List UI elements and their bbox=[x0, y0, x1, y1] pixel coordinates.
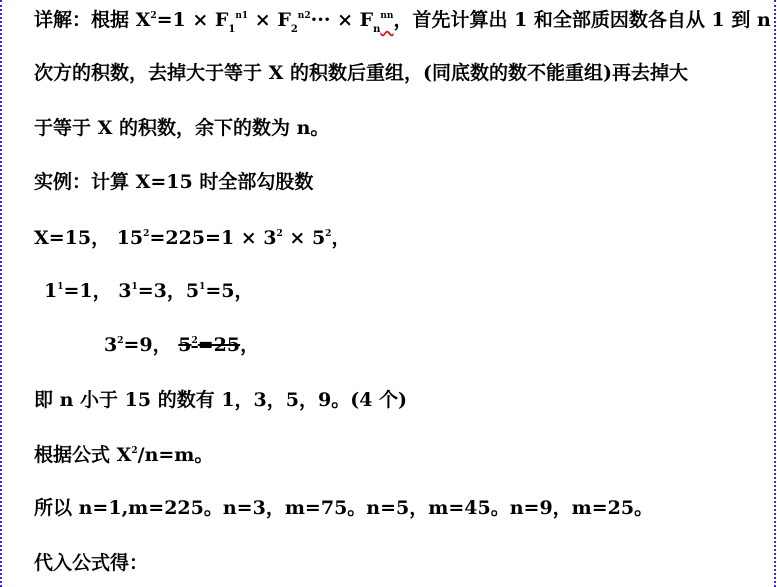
text-run: ··· × F bbox=[311, 9, 373, 31]
text-run: =5， bbox=[205, 280, 253, 302]
text-run: 实例：计算 X=15 时全部勾股数 bbox=[34, 171, 313, 193]
text-run: ， bbox=[331, 227, 350, 249]
text-run: 1 bbox=[44, 280, 57, 302]
paragraph-line-explanation-formula: 详解：根据 X2=1 × F1n1 × F2n2··· × Fnnn，首先计算出… bbox=[34, 8, 771, 32]
text-run: =9， bbox=[124, 334, 172, 356]
equation-line-powers-2: 32=9， 52=25， bbox=[104, 333, 259, 357]
text-run: 详解：根据 X bbox=[34, 9, 150, 31]
text-run: ，首先计算出 1 和全部质因数各自从 1 到 n bbox=[393, 9, 770, 31]
superscript: n1 bbox=[235, 11, 248, 21]
paragraph-line: 即 n 小于 15 的数有 1，3，5，9。(4 个) bbox=[34, 388, 407, 412]
example-heading: 实例：计算 X=15 时全部勾股数 bbox=[34, 170, 313, 194]
spellcheck-flagged-text[interactable]: nnn bbox=[373, 9, 393, 31]
text-run: × 5 bbox=[283, 227, 325, 249]
equation-line: X=15， 152=225=1 × 32 × 52， bbox=[34, 226, 350, 250]
text-run: 即 n 小于 15 的数有 1，3，5，9。(4 个) bbox=[34, 389, 407, 411]
text-run: =3，5 bbox=[138, 280, 199, 302]
subscript: 1 bbox=[228, 24, 235, 35]
text-run: × F bbox=[248, 9, 291, 31]
paragraph-line: 次方的积数，去掉大于等于 X 的积数后重组，(同底数的数不能重组)再去掉大 bbox=[34, 61, 688, 85]
text-boundary-left bbox=[0, 0, 2, 587]
text-run: =1 × F bbox=[157, 9, 229, 31]
paragraph-line: 所以 n=1,m=225。n=3，m=75。n=5，m=45。n=9，m=25。 bbox=[34, 496, 653, 520]
text-run: 根据公式 X bbox=[34, 444, 131, 466]
text-run: 3 bbox=[104, 334, 117, 356]
text-run: ， bbox=[240, 334, 259, 356]
paragraph-line: 于等于 X 的积数，余下的数为 n。 bbox=[34, 116, 329, 140]
superscript: nn bbox=[380, 11, 393, 21]
text-run: 代入公式得： bbox=[34, 552, 148, 574]
text-boundary-right bbox=[774, 0, 776, 587]
text-run: 次方的积数，去掉大于等于 X 的积数后重组，(同底数的数不能重组)再去掉大 bbox=[34, 62, 688, 84]
struck-through-text: 52=25 bbox=[178, 334, 240, 356]
subscript: n bbox=[373, 24, 380, 35]
equation-line-powers-1: 11=1， 31=3，51=5， bbox=[44, 279, 254, 303]
subscript: 2 bbox=[291, 24, 298, 35]
paragraph-line: 代入公式得： bbox=[34, 551, 148, 575]
text-run: =1， 3 bbox=[64, 280, 132, 302]
text-run: /n=m。 bbox=[138, 444, 214, 466]
text-run: X=15， 15 bbox=[34, 227, 143, 249]
text-run: 于等于 X 的积数，余下的数为 n。 bbox=[34, 117, 329, 139]
formula-line: 根据公式 X2/n=m。 bbox=[34, 443, 213, 467]
superscript: n2 bbox=[298, 11, 311, 21]
text-run: =225=1 × 3 bbox=[149, 227, 276, 249]
text-run: 所以 n=1,m=225。n=3，m=75。n=5，m=45。n=9，m=25。 bbox=[34, 497, 653, 519]
